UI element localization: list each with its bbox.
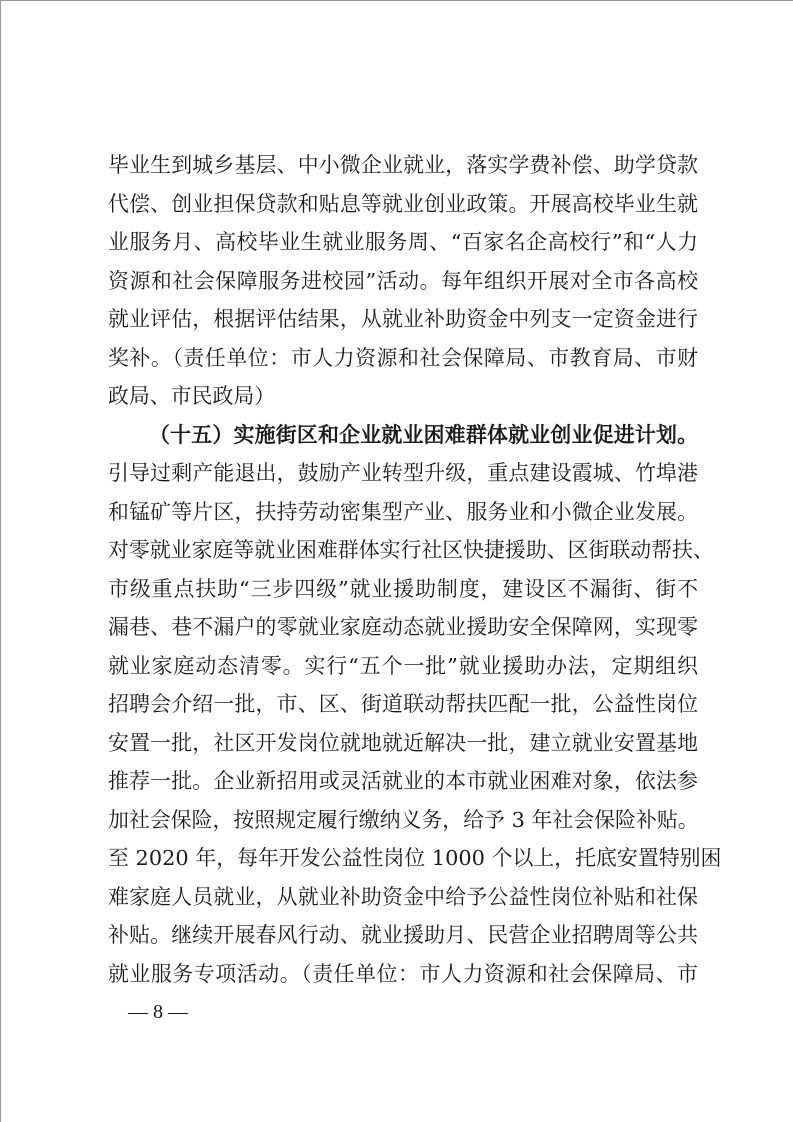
text-line: 招聘会介绍一批，市、区、街道联动帮扶匹配一批，公益性岗位: [108, 685, 698, 724]
text-line: 加社会保险，按照规定履行缴纳义务，给予 3 年社会保险补贴。: [108, 801, 698, 840]
text-line: 市级重点扶助“三步四级”就业援助制度，建设区不漏街、街不: [108, 570, 698, 609]
text-line: 就业服务专项活动。（责任单位：市人力资源和社会保障局、市: [108, 955, 698, 994]
text-line: 难家庭人员就业，从就业补助资金中给予公益性岗位补贴和社保: [108, 878, 698, 917]
text-line: 毕业生到城乡基层、中小微企业就业，落实学费补偿、助学贷款: [108, 146, 698, 185]
section-heading: （十五）实施街区和企业就业困难群体就业创业促进计划。: [108, 416, 698, 455]
text-line: 业服务月、高校毕业生就业服务周、“百家名企高校行”和“人力: [108, 223, 698, 262]
text-line: 政局、市民政局）: [108, 377, 698, 416]
document-page: 毕业生到城乡基层、中小微企业就业，落实学费补偿、助学贷款 代偿、创业担保贷款和贴…: [0, 0, 793, 1122]
text-line: 代偿、创业担保贷款和贴息等就业创业政策。开展高校毕业生就: [108, 185, 698, 224]
text-line: 至 2020 年，每年开发公益性岗位 1000 个以上，托底安置特别困: [108, 839, 698, 878]
text-line: 安置一批，社区开发岗位就地就近解决一批，建立就业安置基地: [108, 724, 698, 763]
text-line: 对零就业家庭等就业困难群体实行社区快捷援助、区街联动帮扶、: [108, 531, 698, 570]
text-line: 和锰矿等片区，扶持劳动密集型产业、服务业和小微企业发展。: [108, 493, 698, 532]
text-line: 资源和社会保障服务进校园”活动。每年组织开展对全市各高校: [108, 262, 698, 301]
text-line: 补贴。继续开展春风行动、就业援助月、民营企业招聘周等公共: [108, 916, 698, 955]
text-line: 就业家庭动态清零。实行“五个一批”就业援助办法，定期组织: [108, 647, 698, 686]
page-number: — 8 —: [128, 1001, 188, 1024]
text-line: 就业评估，根据评估结果，从就业补助资金中列支一定资金进行: [108, 300, 698, 339]
text-line: 漏巷、巷不漏户的零就业家庭动态就业援助安全保障网，实现零: [108, 608, 698, 647]
text-line: 推荐一批。企业新招用或灵活就业的本市就业困难对象，依法参: [108, 762, 698, 801]
text-line: 奖补。（责任单位：市人力资源和社会保障局、市教育局、市财: [108, 339, 698, 378]
text-line: 引导过剩产能退出，鼓励产业转型升级，重点建设霞城、竹埠港: [108, 454, 698, 493]
document-body: 毕业生到城乡基层、中小微企业就业，落实学费补偿、助学贷款 代偿、创业担保贷款和贴…: [108, 146, 698, 993]
